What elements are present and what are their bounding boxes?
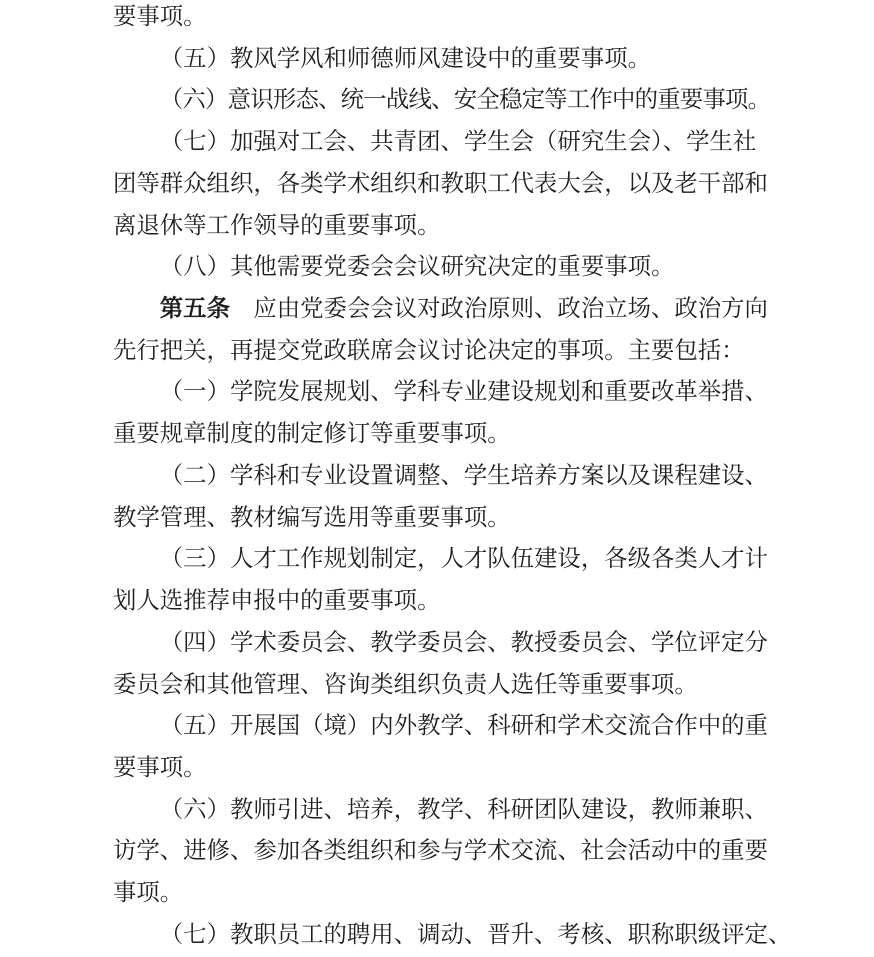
body-text-run: （七）加强对工会、共青团、学生会（研究生会）、学生社 [160,129,756,155]
body-text-run: （五）开展国（境）内外教学、科研和学术交流合作中的重 [160,713,768,739]
text-line: （八）其他需要党委会会议研究决定的重要事项。 [113,247,874,289]
text-line: 教学管理、教材编写选用等重要事项。 [113,498,874,540]
text-line: （七）加强对工会、共青团、学生会（研究生会）、学生社 [113,122,874,164]
text-line: （五）教风学风和师德师风建设中的重要事项。 [113,39,874,81]
text-line: （五）开展国（境）内外教学、科研和学术交流合作中的重 [113,706,874,748]
body-text-run: （八）其他需要党委会会议研究决定的重要事项。 [160,254,675,280]
article-number-text: 第五条 [160,296,230,322]
text-line: （二）学科和专业设置调整、学生培养方案以及课程建设、 [113,456,874,498]
body-text-run: 事项。 [113,880,183,906]
body-text-run: 重要规章制度的制定修订等重要事项。 [113,421,511,447]
body-text-run: 要事项。 [113,755,207,781]
text-line: （七）教职员工的聘用、调动、晋升、考核、职称职级评定、 [113,915,874,957]
body-text-run: （三）人才工作规划制定，人才队伍建设，各级各类人才计 [160,546,768,572]
document-page: 要事项。（五）教风学风和师德师风建设中的重要事项。（六）意识形态、统一战线、安全… [0,0,874,957]
text-line: 划人选推荐申报中的重要事项。 [113,581,874,623]
body-text-run: 应由党委会会议对政治原则、政治立场、政治方向 [230,296,768,322]
body-text-run: （四）学术委员会、教学委员会、教授委员会、学位评定分 [160,630,768,656]
body-text-run: 要事项。 [113,4,207,30]
text-line: 委员会和其他管理、咨询类组织负责人选任等重要事项。 [113,665,874,707]
text-line: （一）学院发展规划、学科专业建设规划和重要改革举措、 [113,372,874,414]
body-text-run: （七）教职员工的聘用、调动、晋升、考核、职称职级评定、 [160,922,792,948]
body-text-run: （一）学院发展规划、学科专业建设规划和重要改革举措、 [160,379,768,405]
text-line: 先行把关，再提交党政联席会议讨论决定的事项。主要包括： [113,331,874,373]
body-text-run: 先行把关，再提交党政联席会议讨论决定的事项。主要包括： [113,338,745,364]
text-line: （三）人才工作规划制定，人才队伍建设，各级各类人才计 [113,539,874,581]
body-text-run: 划人选推荐申报中的重要事项。 [113,588,440,614]
body-text-run: 委员会和其他管理、咨询类组织负责人选任等重要事项。 [113,672,698,698]
text-line: 离退休等工作领导的重要事项。 [113,206,874,248]
document-lines: 要事项。（五）教风学风和师德师风建设中的重要事项。（六）意识形态、统一战线、安全… [113,0,874,957]
text-line: 事项。 [113,873,874,915]
text-line: （六）教师引进、培养，教学、科研团队建设，教师兼职、 [113,790,874,832]
text-line: （四）学术委员会、教学委员会、教授委员会、学位评定分 [113,623,874,665]
body-text-run: 访学、进修、参加各类组织和参与学术交流、社会活动中的重要 [113,838,768,864]
body-text-run: 离退休等工作领导的重要事项。 [113,213,440,239]
body-text-run: 团等群众组织，各类学术组织和教职工代表大会，以及老干部和 [113,171,768,197]
body-text-run: （六）意识形态、统一战线、安全稳定等工作中的重要事项。 [160,87,771,113]
text-line: 要事项。 [113,748,874,790]
body-text-run: （六）教师引进、培养，教学、科研团队建设，教师兼职、 [160,797,768,823]
text-line: 访学、进修、参加各类组织和参与学术交流、社会活动中的重要 [113,831,874,873]
body-text-run: （五）教风学风和师德师风建设中的重要事项。 [160,46,651,72]
text-line: 团等群众组织，各类学术组织和教职工代表大会，以及老干部和 [113,164,874,206]
text-line: （六）意识形态、统一战线、安全稳定等工作中的重要事项。 [113,80,874,122]
text-line: 第五条 应由党委会会议对政治原则、政治立场、政治方向 [113,289,874,331]
body-text-run: 教学管理、教材编写选用等重要事项。 [113,505,511,531]
body-text-run: （二）学科和专业设置调整、学生培养方案以及课程建设、 [160,463,768,489]
text-line: 重要规章制度的制定修订等重要事项。 [113,414,874,456]
text-line: 要事项。 [113,0,874,39]
